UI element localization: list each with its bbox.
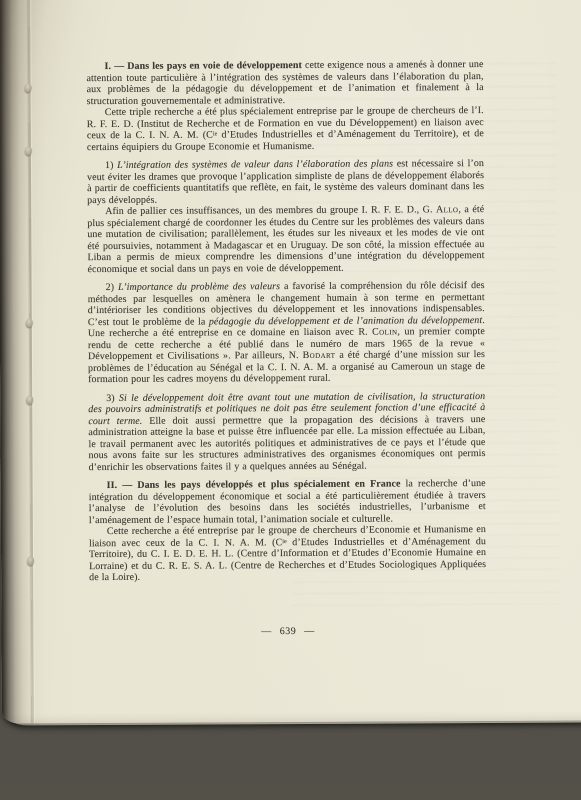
- text-segment: 3): [106, 393, 119, 404]
- cette-recherche-groupes: Cette recherche a été entreprise par le …: [89, 524, 486, 584]
- point-2-importance-du-probleme: 2) L’importance du problème des valeurs …: [88, 280, 486, 386]
- text-segment: 1): [105, 160, 117, 171]
- text-segment: 2): [106, 282, 118, 293]
- text-segment: Allo: [436, 204, 458, 215]
- text-segment: Colin: [372, 327, 397, 338]
- point-1-integration-des-valeurs: 1) L’intégration des systèmes de valeur …: [87, 158, 484, 206]
- text-segment: Elle doit aussi permettre que la propaga…: [88, 414, 485, 473]
- text-segment: L’intégration des systèmes de valeur dan…: [117, 159, 393, 171]
- text-segment: L’importance du problème des valeurs: [118, 281, 280, 293]
- text-segment: II. — Dans les pays développés et plus s…: [107, 479, 401, 492]
- point-3-mutation-de-civilisation: 3) Si le développement doit être avant t…: [88, 391, 485, 474]
- scanned-page-sheet: I. — Dans les pays en voie de développem…: [0, 0, 581, 724]
- text-segment: pédagogie du développement et de l’anima…: [209, 315, 482, 327]
- afin-de-pallier: Afin de pallier ces insuffisances, un de…: [87, 204, 484, 275]
- section-ii-opening: II. — Dans les pays développés et plus s…: [89, 478, 486, 526]
- section-i-opening: I. — Dans les pays en voie de développem…: [86, 59, 483, 107]
- scanner-background: I. — Dans les pays en voie de développem…: [0, 0, 581, 800]
- text-segment: I. — Dans les pays en voie de développem…: [104, 60, 302, 72]
- text-block: I. — Dans les pays en voie de développem…: [86, 59, 486, 584]
- triple-recherche: Cette triple recherche a été plus spécia…: [87, 105, 484, 153]
- page-number: — 639 —: [89, 625, 486, 638]
- text-segment: Bodart: [303, 350, 336, 361]
